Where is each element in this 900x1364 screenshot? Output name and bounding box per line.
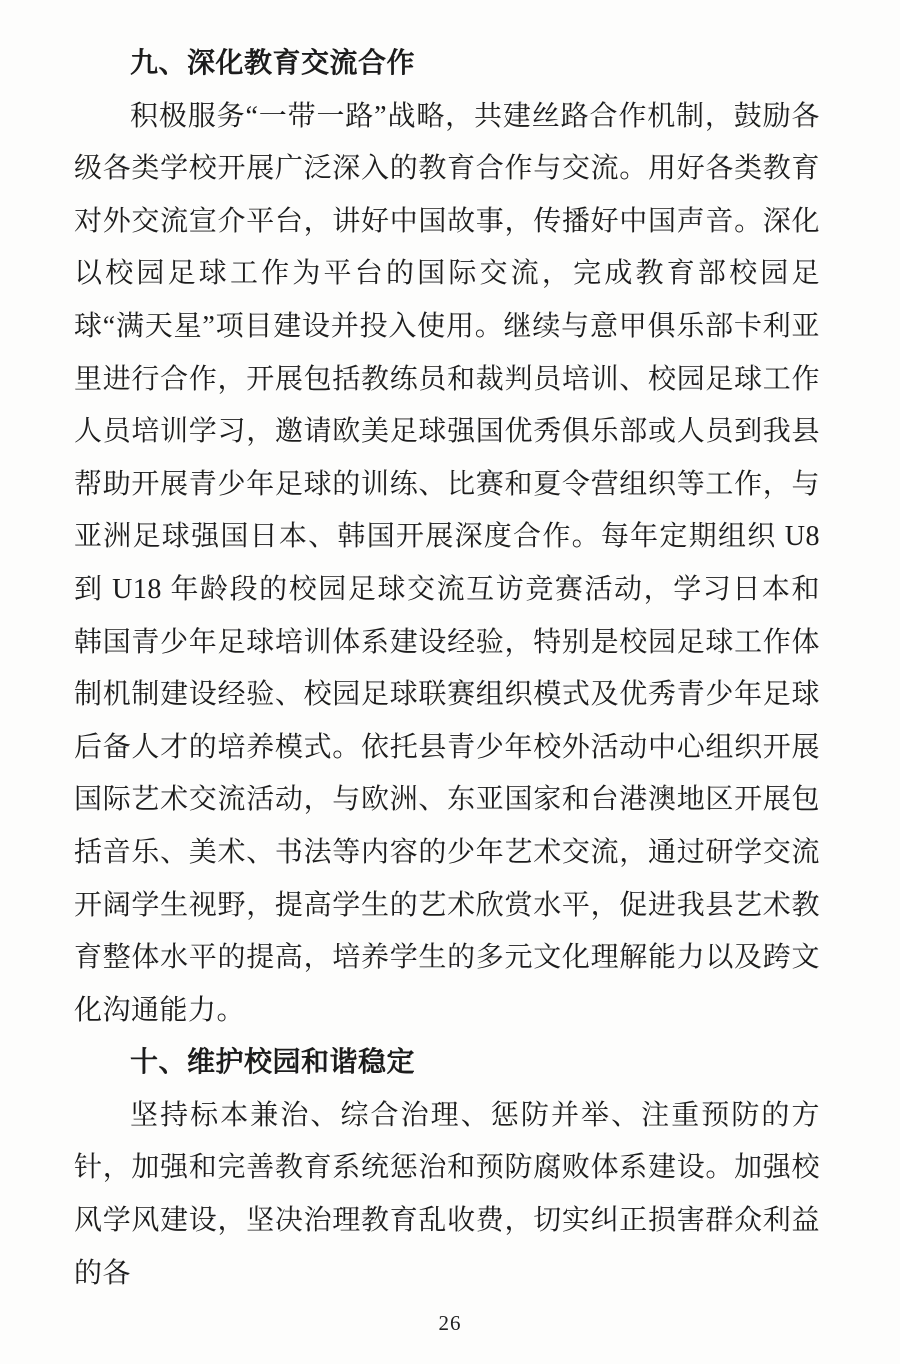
section-10-campus-stability: 十、维护校园和谐稳定 坚持标本兼治、综合治理、惩防并举、注重预防的方针，加强和完… <box>74 1037 820 1300</box>
document-page: 九、深化教育交流合作 积极服务“一带一路”战略，共建丝路合作机制，鼓励各级各类学… <box>0 0 900 1364</box>
section-9-education-exchange: 九、深化教育交流合作 积极服务“一带一路”战略，共建丝路合作机制，鼓励各级各类学… <box>74 38 820 1037</box>
section-heading: 九、深化教育交流合作 <box>74 38 820 91</box>
paragraph: 积极服务“一带一路”战略，共建丝路合作机制，鼓励各级各类学校开展广泛深入的教育合… <box>74 91 820 1038</box>
section-heading: 十、维护校园和谐稳定 <box>74 1037 820 1090</box>
paragraph: 坚持标本兼治、综合治理、惩防并举、注重预防的方针，加强和完善教育系统惩治和预防腐… <box>74 1090 820 1300</box>
page-number: 26 <box>0 1311 900 1336</box>
